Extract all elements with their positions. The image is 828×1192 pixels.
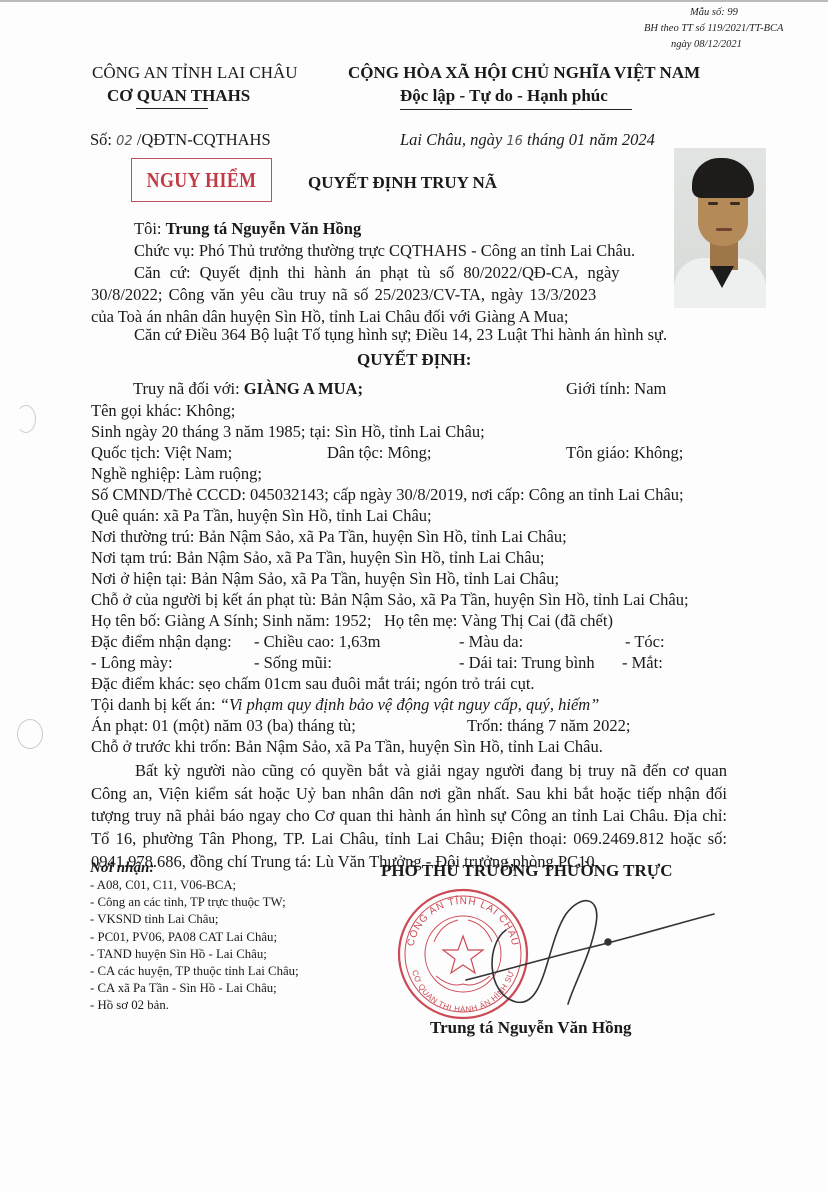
id-card: Số CMND/Thẻ CCCD: 045032143; cấp ngày 30…	[91, 484, 684, 506]
document-number: Số: 02 /QĐTN-CQTHAHS	[90, 130, 271, 150]
official-seal-and-signature: CÔNG AN TỈNH LAI CHÂU CƠ QUAN THI HÀNH Á…	[396, 884, 716, 1024]
feature-hair: - Tóc:	[625, 631, 665, 653]
recipients-list: Nơi nhận: - A08, C01, C11, V06-BCA; - Cô…	[90, 860, 299, 1015]
form-regulation: BH theo TT số 119/2021/TT-BCA	[644, 21, 783, 37]
document-date: Lai Châu, ngày 16 tháng 01 năm 2024	[400, 130, 655, 150]
punch-hole-mark	[17, 719, 43, 749]
punch-hole-mark	[16, 405, 36, 433]
recipient-item: - PC01, PV06, PA08 CAT Lai Châu;	[90, 929, 299, 946]
scan-edge	[0, 0, 828, 2]
crime-line: Tội danh bị kết án: “Vi phạm quy định bả…	[91, 694, 599, 716]
doc-date-place: Lai Châu, ngày	[400, 130, 506, 149]
feature-height: - Chiều cao: 1,63m	[254, 631, 380, 653]
doc-number-suffix: /QĐTN-CQTHAHS	[133, 130, 271, 149]
last-residence: Chỗ ở trước khi trốn: Bản Nậm Sảo, xã Pa…	[91, 736, 603, 758]
doc-number-prefix: Số:	[90, 130, 116, 149]
arrest-notice: Bất kỳ người nào cũng có quyền bắt và gi…	[91, 760, 727, 874]
basis-1-line-1: Căn cứ: Quyết định thi hành án phạt tù s…	[134, 262, 620, 284]
signature-title: PHÓ THỦ TRƯỞNG THƯỜNG TRỰC	[381, 861, 673, 881]
gender: Giới tính: Nam	[566, 378, 666, 400]
arrest-notice-text: Bất kỳ người nào cũng có quyền bắt và gi…	[91, 761, 727, 871]
crime-label: Tội danh bị kết án:	[91, 695, 220, 714]
agency-underline	[136, 108, 208, 109]
hometown: Quê quán: xã Pa Tần, huyện Sìn Hồ, tỉnh …	[91, 505, 432, 527]
doc-number-handwritten: 02	[116, 134, 133, 149]
suspect-photo	[674, 148, 766, 308]
occupation: Nghề nghiệp: Làm ruộng;	[91, 463, 262, 485]
current-residence: Nơi ở hiện tại: Bản Nậm Sảo, xã Pa Tần, …	[91, 568, 559, 590]
recipient-item: - A08, C01, C11, V06-BCA;	[90, 877, 299, 894]
temporary-residence: Nơi tạm trú: Bản Nậm Sảo, xã Pa Tần, huy…	[91, 547, 544, 569]
recipient-item: - TAND huyện Sìn Hồ - Lai Châu;	[90, 946, 299, 963]
motto-underline	[400, 109, 632, 110]
issuer-position: Chức vụ: Phó Thủ trưởng thường trực CQTH…	[134, 240, 635, 262]
religion: Tôn giáo: Không;	[566, 442, 683, 464]
basis-1-line-2: 30/8/2022; Công văn yêu cầu truy nã số 2…	[91, 284, 596, 306]
issuer-name: Trung tá Nguyễn Văn Hồng	[166, 219, 362, 238]
convicted-residence: Chỗ ở của người bị kết án phạt tù: Bản N…	[91, 589, 689, 611]
danger-stamp-text: NGUY HIỂM	[147, 168, 257, 193]
alias: Tên gọi khác: Không;	[91, 400, 235, 422]
ethnicity: Dân tộc: Mông;	[327, 442, 432, 464]
nation-motto: Độc lập - Tự do - Hạnh phúc	[400, 84, 608, 108]
form-date: ngày 08/12/2021	[671, 37, 742, 53]
birth-info: Sinh ngày 20 tháng 3 năm 1985; tại: Sìn …	[91, 421, 485, 443]
agency-unit: CƠ QUAN THAHS	[107, 85, 250, 107]
nationality: Quốc tịch: Việt Nam;	[91, 442, 232, 464]
decision-heading: QUYẾT ĐỊNH:	[357, 350, 471, 370]
sentence: Án phạt: 01 (một) năm 03 (ba) tháng tù;	[91, 715, 356, 737]
wanted-person: Truy nã đối với: GIÀNG A MUA;	[133, 378, 363, 400]
issuer-line: Tôi: Trung tá Nguyễn Văn Hồng	[134, 218, 361, 240]
nation-name: CỘNG HÒA XÃ HỘI CHỦ NGHĨA VIỆT NAM	[348, 61, 700, 85]
wanted-name: GIÀNG A MUA;	[244, 379, 363, 398]
basis-2: Căn cứ Điều 364 Bộ luật Tố tụng hình sự;…	[134, 324, 667, 346]
wanted-label: Truy nã đối với:	[133, 379, 244, 398]
issuer-label: Tôi:	[134, 219, 166, 238]
feature-ears: - Dái tai: Trung bình	[459, 652, 595, 674]
mother: Họ tên mẹ: Vàng Thị Cai (đã chết)	[384, 610, 613, 632]
wanted-notice-page: Mẫu số: 99 BH theo TT số 119/2021/TT-BCA…	[0, 0, 828, 1192]
features-label: Đặc điểm nhận dạng:	[91, 631, 232, 653]
recipient-item: - CA các huyện, TP thuộc tỉnh Lai Châu;	[90, 963, 299, 980]
recipient-item: - Hồ sơ 02 bản.	[90, 997, 299, 1014]
document-title: QUYẾT ĐỊNH TRUY NÃ	[308, 173, 497, 193]
recipient-item: - Công an các tỉnh, TP trực thuộc TW;	[90, 894, 299, 911]
form-number: Mẫu số: 99	[690, 5, 738, 21]
feature-nose: - Sống mũi:	[254, 652, 332, 674]
escape-date: Trốn: tháng 7 năm 2022;	[467, 715, 630, 737]
recipient-item: - CA xã Pa Tần - Sìn Hồ - Lai Châu;	[90, 980, 299, 997]
danger-stamp: NGUY HIỂM	[131, 158, 272, 202]
father: Họ tên bố: Giàng A Sính; Sinh năm: 1952;	[91, 610, 372, 632]
agency-parent: CÔNG AN TỈNH LAI CHÂU	[92, 62, 298, 84]
recipient-item: - VKSND tỉnh Lai Châu;	[90, 911, 299, 928]
feature-skin: - Màu da:	[459, 631, 523, 653]
feature-eyes: - Mắt:	[622, 652, 663, 674]
doc-date-rest: tháng 01 năm 2024	[523, 130, 655, 149]
permanent-residence: Nơi thường trú: Bản Nậm Sảo, xã Pa Tần, …	[91, 526, 567, 548]
feature-eyebrows: - Lông mày:	[91, 652, 173, 674]
doc-date-day: 16	[506, 134, 523, 149]
signer-name: Trung tá Nguyễn Văn Hồng	[430, 1018, 632, 1038]
recipients-title: Nơi nhận:	[90, 860, 299, 877]
crime-name: “Vi phạm quy định bảo vệ động vật nguy c…	[220, 695, 600, 714]
svg-text:CÔNG AN TỈNH LAI CHÂU: CÔNG AN TỈNH LAI CHÂU	[406, 894, 521, 947]
other-features: Đặc điểm khác: sẹo chấm 01cm sau đuôi mắ…	[91, 673, 535, 695]
